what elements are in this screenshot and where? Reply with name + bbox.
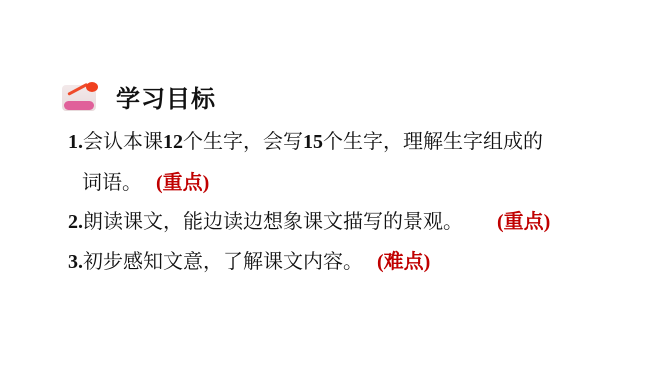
objective-3: 3.初步感知文意，了解课文内容。(难点) [68, 248, 430, 275]
objective-text: 初步感知文意，了解课文内容。 [83, 249, 363, 273]
key-point-tag: (重点) [156, 170, 209, 194]
objective-2: 2.朗读课文，能边读边想象课文描写的景观。(重点) [68, 208, 550, 235]
objective-text: 词语。 [82, 170, 142, 194]
objective-1: 1.会认本课12个生字，会写15个生字，理解生字组成的 [68, 128, 543, 155]
objective-number: 1. [68, 131, 83, 153]
objective-number: 2. [68, 211, 83, 233]
key-point-tag: (重点) [497, 209, 550, 233]
objective-1-continuation: 词语。(重点) [82, 169, 209, 196]
section-title: 学习目标 [116, 79, 216, 114]
objective-text: 朗读课文，能边读边想象课文描写的景观。 [83, 209, 463, 233]
objective-number: 3. [68, 251, 83, 273]
learn-icon [60, 79, 102, 113]
difficult-point-tag: (难点) [377, 249, 430, 273]
objective-text: 会认本课12个生字，会写15个生字，理解生字组成的 [83, 129, 543, 153]
icon-head [86, 82, 98, 92]
icon-badge [64, 101, 94, 110]
section-header: 学习目标 [60, 78, 216, 114]
